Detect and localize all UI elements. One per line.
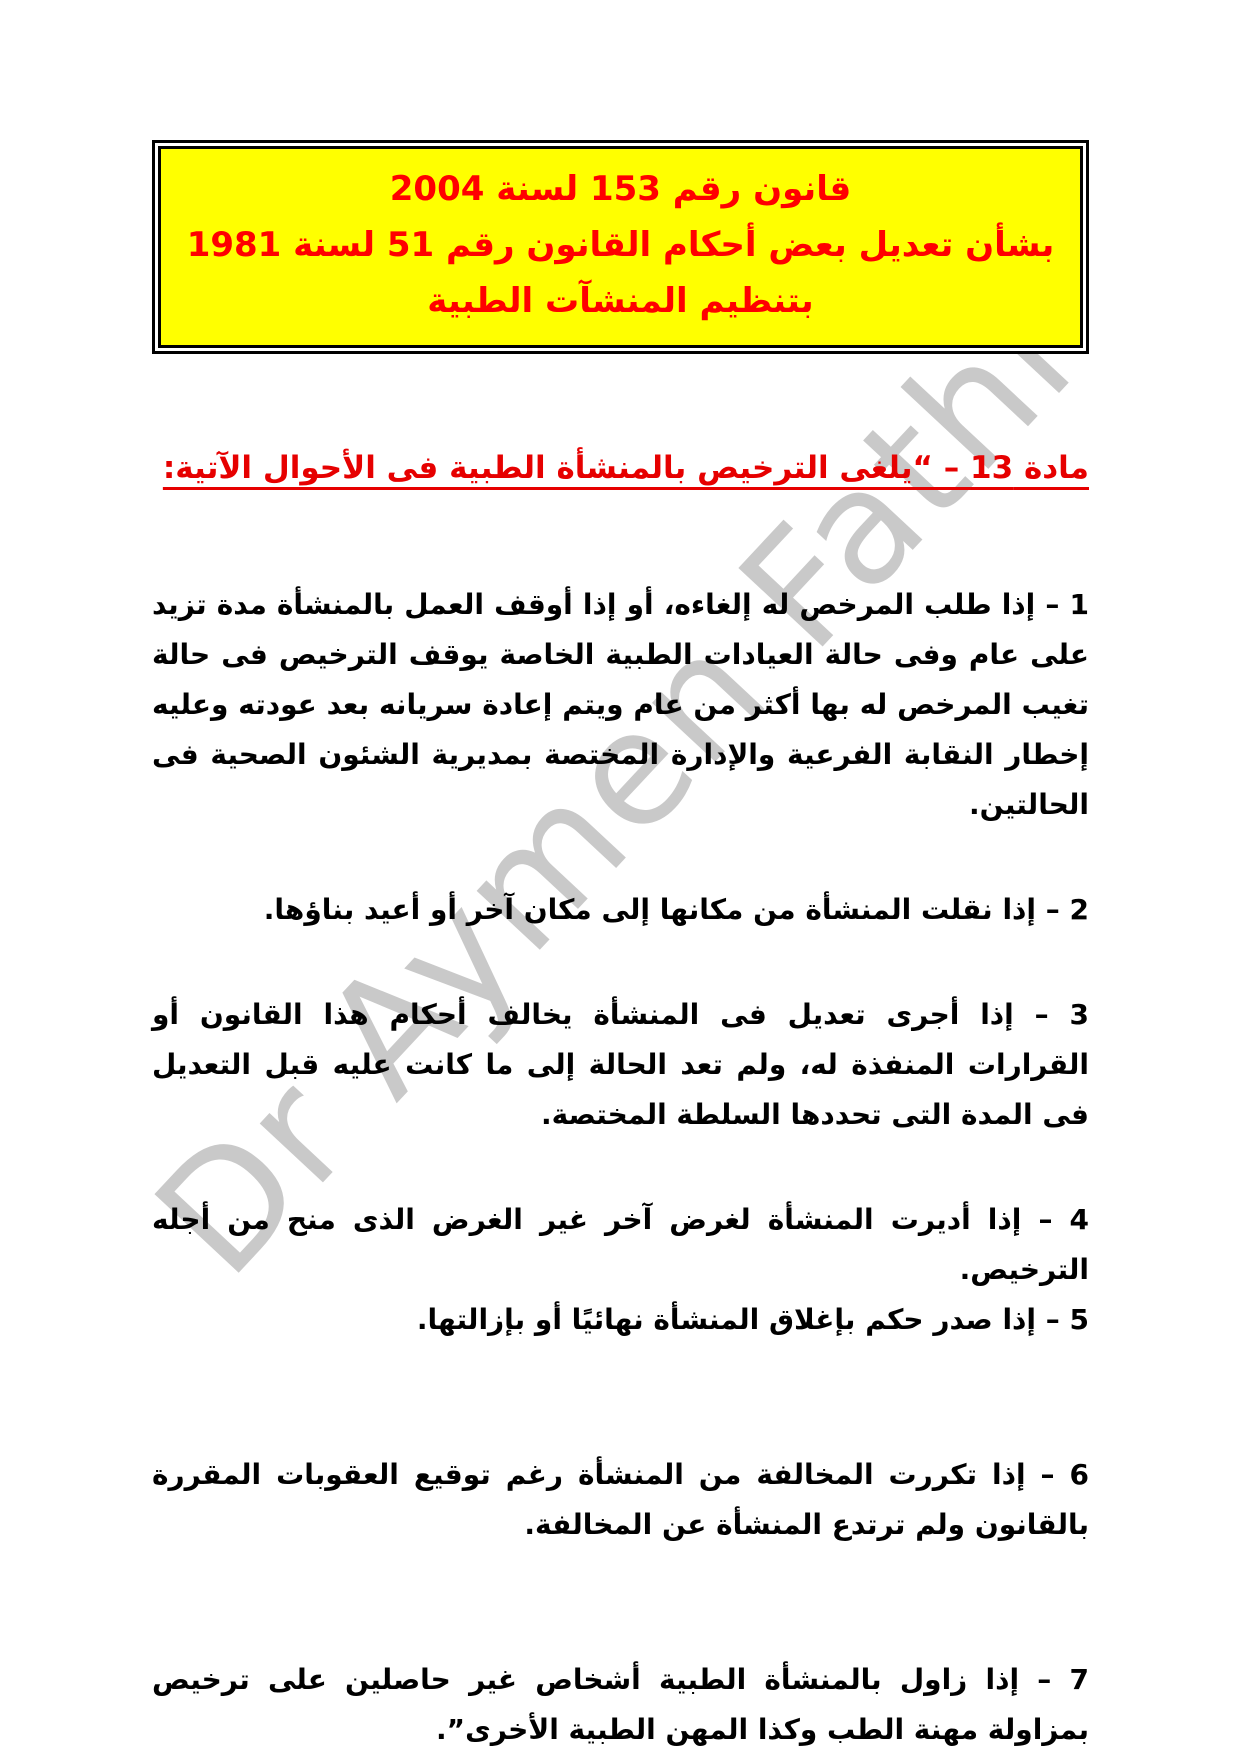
law-title-line-1: قانون رقم 153 لسنة 2004 — [173, 161, 1068, 217]
clause-5: 5 – إذا صدر حكم بإغلاق المنشأة نهائيًا أ… — [152, 1295, 1089, 1345]
law-title-line-2: بشأن تعديل بعض أحكام القانون رقم 51 لسنة… — [173, 217, 1068, 273]
law-title-line-3: بتنظيم المنشآت الطبية — [173, 273, 1068, 329]
clause-6: 6 – إذا تكررت المخالفة من المنشأة رغم تو… — [152, 1450, 1089, 1550]
clause-4: 4 – إذا أديرت المنشأة لغرض آخر غير الغرض… — [152, 1195, 1089, 1295]
article-13-heading-text: مادة 13 – “يلغى الترخيص بالمنشأة الطبية … — [163, 450, 1089, 486]
article-13-heading: مادة 13 – “يلغى الترخيص بالمنشأة الطبية … — [152, 450, 1089, 486]
document-page: Dr Aymen Fathi قانون رقم 153 لسنة 2004 ب… — [0, 0, 1241, 1755]
clause-7: 7 – إذا زاول بالمنشأة الطبية أشخاص غير ح… — [152, 1655, 1089, 1755]
clause-3: 3 – إذا أجرى تعديل فى المنشأة يخالف أحكا… — [152, 990, 1089, 1140]
clause-1: 1 – إذا طلب المرخص له إلغاءه، أو إذا أوق… — [152, 580, 1089, 830]
document-content: قانون رقم 153 لسنة 2004 بشأن تعديل بعض أ… — [0, 0, 1241, 1755]
law-title-box: قانون رقم 153 لسنة 2004 بشأن تعديل بعض أ… — [158, 146, 1083, 348]
clause-2: 2 – إذا نقلت المنشأة من مكانها إلى مكان … — [152, 885, 1089, 935]
law-title-box-border: قانون رقم 153 لسنة 2004 بشأن تعديل بعض أ… — [152, 140, 1089, 354]
